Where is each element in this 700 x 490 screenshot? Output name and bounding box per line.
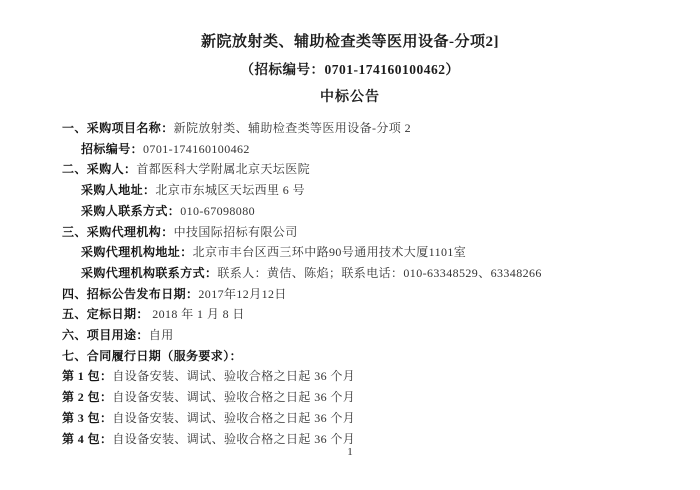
document-body: 一、采购项目名称：新院放射类、辅助检查类等医用设备-分项 2 招标编号：0701… [0,118,700,449]
field-label: 采购人联系方式： [81,204,180,218]
field-label: 采购代理机构地址： [81,245,193,259]
field-label: 第 3 包： [62,411,112,425]
field-label: 三、采购代理机构： [62,225,174,239]
field-label: 第 2 包： [62,390,112,404]
line-package-2: 第 2 包：自设备安装、调试、验收合格之日起 36 个月 [62,387,660,408]
line-contract-period-heading: 七、合同履行日期（服务要求）： [62,346,660,367]
field-value: 010-67098080 [180,204,255,218]
field-value: 0701-174160100462 [143,142,250,156]
field-value: 中技国际招标有限公司 [174,225,298,239]
field-value: 自用 [149,328,174,342]
field-value: 自设备安装、调试、验收合格之日起 36 个月 [112,390,355,404]
line-purchaser: 二、采购人：首都医科大学附属北京天坛医院 [62,159,660,180]
line-announcement-date: 四、招标公告发布日期：2017年12月12日 [62,284,660,305]
line-agency-contact: 采购代理机构联系方式：联系人：黄佶、陈焰；联系电话：010-63348529、6… [62,263,660,284]
line-agency: 三、采购代理机构：中技国际招标有限公司 [62,222,660,243]
field-label: 四、招标公告发布日期： [62,287,198,301]
field-value: 自设备安装、调试、验收合格之日起 36 个月 [112,411,355,425]
line-package-3: 第 3 包：自设备安装、调试、验收合格之日起 36 个月 [62,408,660,429]
line-agency-address: 采购代理机构地址：北京市丰台区西三环中路90号通用技术大厦1101室 [62,242,660,263]
line-purchaser-address: 采购人地址：北京市东城区天坛西里 6 号 [62,180,660,201]
field-value: 自设备安装、调试、验收合格之日起 36 个月 [112,432,355,446]
field-value: 北京市东城区天坛西里 6 号 [155,183,305,197]
field-label: 第 4 包： [62,432,112,446]
field-label: 七、合同履行日期（服务要求）： [62,349,242,363]
line-project-name: 一、采购项目名称：新院放射类、辅助检查类等医用设备-分项 2 [62,118,660,139]
document-title: 新院放射类、辅助检查类等医用设备-分项2] [0,34,700,50]
field-label: 五、定标日期： [62,307,149,321]
line-award-date: 五、定标日期： 2018 年 1 月 8 日 [62,304,660,325]
field-label: 采购人地址： [81,183,155,197]
line-tender-number: 招标编号：0701-174160100462 [62,139,660,160]
field-label: 招标编号： [81,142,143,156]
line-project-use: 六、项目用途：自用 [62,325,660,346]
field-label: 一、采购项目名称： [62,121,174,135]
field-label: 采购代理机构联系方式： [81,266,217,280]
field-value: 联系人：黄佶、陈焰；联系电话：010-63348529、63348266 [217,266,541,280]
line-package-1: 第 1 包：自设备安装、调试、验收合格之日起 36 个月 [62,366,660,387]
document-page: 新院放射类、辅助检查类等医用设备-分项2] （招标编号：0701-1741601… [0,0,700,490]
field-label: 六、项目用途： [62,328,149,342]
line-purchaser-contact: 采购人联系方式：010-67098080 [62,201,660,222]
field-value: 自设备安装、调试、验收合格之日起 36 个月 [112,369,355,383]
field-value: 2018 年 1 月 8 日 [149,307,245,321]
field-value: 首都医科大学附属北京天坛医院 [136,162,310,176]
field-label: 第 1 包： [62,369,112,383]
tender-number-line: （招标编号：0701-174160100462） [0,62,700,77]
field-value: 北京市丰台区西三环中路90号通用技术大厦1101室 [193,245,467,259]
field-value: 新院放射类、辅助检查类等医用设备-分项 2 [174,121,411,135]
field-value: 2017年12月12日 [198,287,286,301]
field-label: 二、采购人： [62,162,136,176]
announcement-type-heading: 中标公告 [0,90,700,105]
